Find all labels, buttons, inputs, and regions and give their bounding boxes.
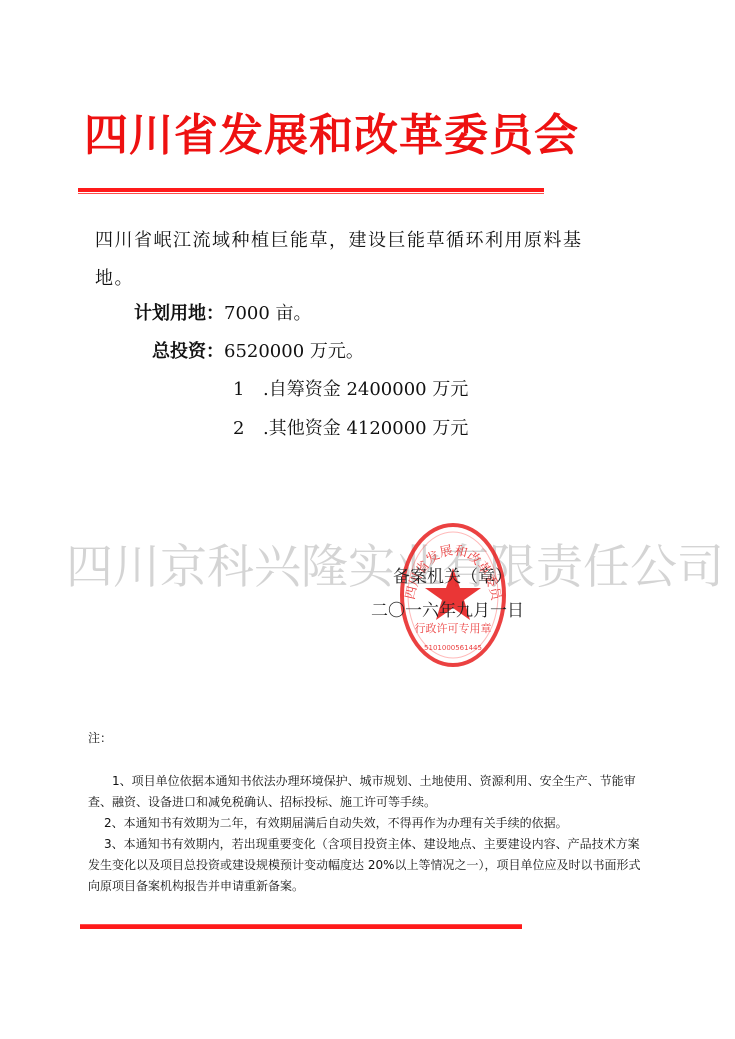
total-investment-field: 总投资：6520000 万元。 <box>152 333 364 371</box>
fund-number: 2 <box>233 410 263 448</box>
footer-red-rule <box>80 923 522 929</box>
company-watermark: 四川京科兴隆实业有限责任公司 <box>66 540 666 596</box>
seal-bottom-text: 行政许可专用章 <box>415 621 492 635</box>
notes-section: 注： 1、项目单位依据本通知书依法办理环境保护、城市规划、土地使用、资源利用、安… <box>88 728 648 897</box>
filing-date: 二〇一六年九月一日 <box>371 600 524 622</box>
fund-number: 1 <box>233 371 263 409</box>
fund-text: .其他资金 4120000 万元 <box>263 418 468 439</box>
note-item-1: 1、项目单位依据本通知书依法办理环境保护、城市规划、土地使用、资源利用、安全生产… <box>88 771 648 813</box>
header-red-rule <box>78 188 544 194</box>
filing-authority: 备案机关（章） <box>393 566 512 588</box>
planned-land-value: 7000 亩。 <box>224 303 312 324</box>
total-investment-value: 6520000 万元。 <box>224 341 364 362</box>
notes-title: 注： <box>88 728 648 749</box>
project-line-2: 地。 <box>95 260 635 298</box>
planned-land-field: 计划用地：7000 亩。 <box>134 295 312 333</box>
project-description: 四川省岷江流域种植巨能草，建设巨能草循环利用原料基 地。 <box>95 222 635 298</box>
planned-land-label: 计划用地： <box>134 303 224 324</box>
note-item-2: 2、本通知书有效期为二年，有效期届满后自动失效，不得再作为办理有关手续的依据。 <box>88 813 648 834</box>
fund-item-self-raised: 1.自筹资金 2400000 万元 <box>233 371 468 409</box>
fund-text: .自筹资金 2400000 万元 <box>263 379 468 400</box>
seal-code: 5101000561445 <box>424 644 482 652</box>
note-item-3: 3、本通知书有效期内，若出现重要变化（含项目投资主体、建设地点、主要建设内容、产… <box>88 834 648 897</box>
project-line-1: 四川省岷江流域种植巨能草，建设巨能草循环利用原料基 <box>95 222 635 260</box>
document-page: 四川省发展和改革委员会 四川省岷江流域种植巨能草，建设巨能草循环利用原料基 地。… <box>0 0 735 1039</box>
fund-item-other: 2.其他资金 4120000 万元 <box>233 410 468 448</box>
total-investment-label: 总投资： <box>152 341 224 362</box>
official-seal-icon: 四川省发展和改革委员会 行政许可专用章 5101000561445 <box>398 520 508 670</box>
issuer-title: 四川省发展和改革委员会 <box>84 108 644 164</box>
